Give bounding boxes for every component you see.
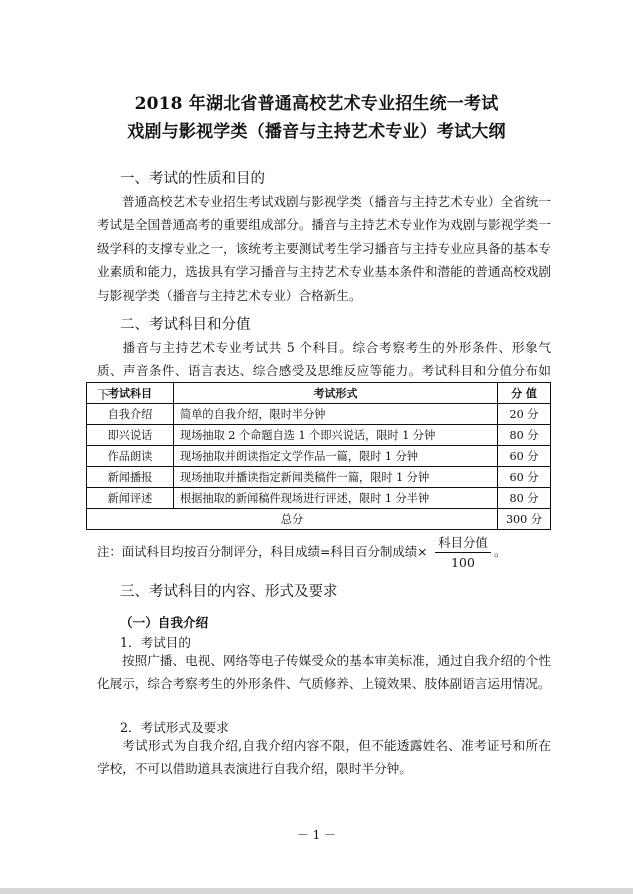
cell-subject: 自我介绍	[87, 404, 174, 425]
item1-text: 按照广播、电视、网络等电子传媒受众的基本审美标准，通过自我介绍的个性化展示，综合…	[97, 653, 551, 691]
total-score: 300 分	[498, 509, 551, 530]
header-format: 考试形式	[174, 383, 498, 404]
note-text: 注：面试科目均按百分制评分，科目成绩=科目百分制成绩×	[97, 542, 428, 560]
cell-subject: 作品朗读	[87, 446, 174, 467]
cell-subject: 即兴说话	[87, 425, 174, 446]
item2-paragraph: 考试形式为自我介绍,自我介绍内容不限，但不能透露姓名、准考证号和所在学校，不可以…	[97, 734, 551, 781]
document-page: 2018 年湖北省普通高校艺术专业招生统一考试 戏剧与影视学类（播音与主持艺术专…	[0, 0, 633, 888]
cell-score: 80 分	[498, 425, 551, 446]
section3-heading: 三、考试科目的内容、形式及要求	[120, 580, 338, 601]
cell-score: 20 分	[498, 404, 551, 425]
cell-format: 现场抽取 2 个命题自选 1 个即兴说话，限时 1 分钟	[174, 425, 498, 446]
cell-score: 80 分	[498, 488, 551, 509]
item1-paragraph: 按照广播、电视、网络等电子传媒受众的基本审美标准，通过自我介绍的个性化展示，综合…	[97, 649, 551, 696]
cell-format: 现场抽取并朗读指定文学作品一篇，限时 1 分钟	[174, 446, 498, 467]
cell-format: 简单的自我介绍，限时半分钟	[174, 404, 498, 425]
section2-heading: 二、考试科目和分值	[120, 313, 251, 334]
fraction-numerator: 科目分值	[435, 533, 491, 553]
fraction-denominator: 100	[435, 553, 491, 570]
viewer-bottom-edge	[0, 888, 633, 894]
table-row: 作品朗读 现场抽取并朗读指定文学作品一篇，限时 1 分钟 60 分	[87, 446, 551, 467]
section1-heading: 一、考试的性质和目的	[120, 167, 265, 188]
cell-format: 现场抽取并播读指定新闻类稿件一篇，限时 1 分钟	[174, 467, 498, 488]
score-table: 考试科目 考试形式 分 值 自我介绍 简单的自我介绍，限时半分钟 20 分 即兴…	[86, 382, 551, 530]
cell-subject: 新闻评述	[87, 488, 174, 509]
cell-format: 根据抽取的新闻稿件现场进行评述，限时 1 分半钟	[174, 488, 498, 509]
table-row: 即兴说话 现场抽取 2 个命题自选 1 个即兴说话，限时 1 分钟 80 分	[87, 425, 551, 446]
note-end: 。	[494, 542, 506, 560]
item2-text: 考试形式为自我介绍,自我介绍内容不限，但不能透露姓名、准考证号和所在学校，不可以…	[97, 738, 551, 776]
page-number: － 1 －	[0, 826, 633, 843]
section3-subheading: （一）自我介绍	[120, 612, 208, 631]
table-row: 新闻播报 现场抽取并播读指定新闻类稿件一篇，限时 1 分钟 60 分	[87, 467, 551, 488]
table-total-row: 总分 300 分	[87, 509, 551, 530]
cell-score: 60 分	[498, 467, 551, 488]
header-score: 分 值	[498, 383, 551, 404]
total-label: 总分	[87, 509, 498, 530]
cell-score: 60 分	[498, 446, 551, 467]
document-title-line2: 戏剧与影视学类（播音与主持艺术专业）考试大纲	[0, 117, 633, 142]
cell-subject: 新闻播报	[87, 467, 174, 488]
section1-paragraph: 普通高校艺术专业招生考试戏剧与影视学类（播音与主持艺术专业）全省统一考试是全国普…	[97, 190, 551, 307]
table-row: 自我介绍 简单的自我介绍，限时半分钟 20 分	[87, 404, 551, 425]
scoring-note: 注：面试科目均按百分制评分，科目成绩=科目百分制成绩× 科目分值 100 。	[97, 530, 557, 574]
table-row: 新闻评述 根据抽取的新闻稿件现场进行评述，限时 1 分半钟 80 分	[87, 488, 551, 509]
note-fraction: 科目分值 100	[435, 533, 491, 570]
table-header-row: 考试科目 考试形式 分 值	[87, 383, 551, 404]
section1-paragraph-text: 普通高校艺术专业招生考试戏剧与影视学类（播音与主持艺术专业）全省统一考试是全国普…	[97, 194, 551, 303]
document-title-line1: 2018 年湖北省普通高校艺术专业招生统一考试	[0, 89, 633, 114]
header-subject: 考试科目	[87, 383, 174, 404]
